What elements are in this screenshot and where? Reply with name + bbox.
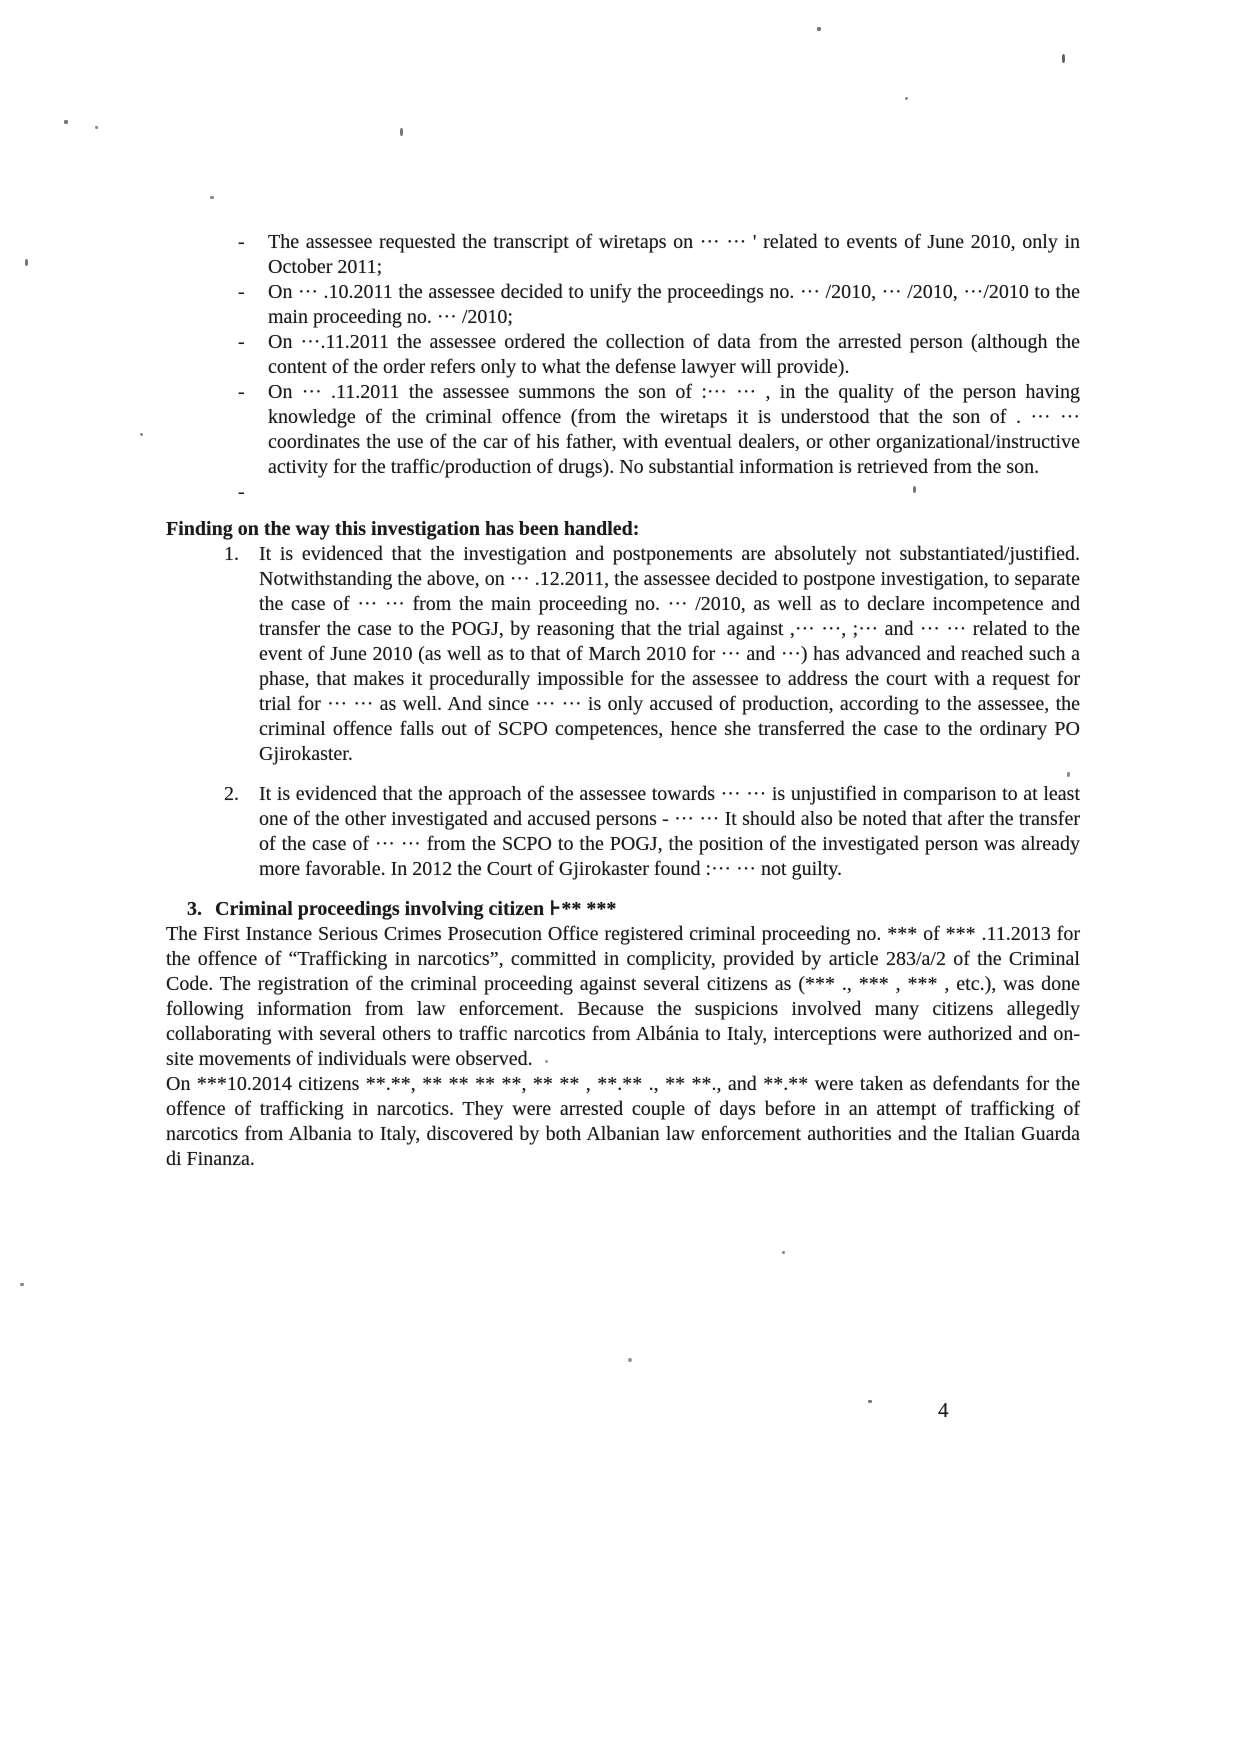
bullet-dash: -	[238, 330, 268, 380]
bullet-dash: -	[238, 380, 268, 480]
bullet-text: On ··· .11.2011 the assessee summons the…	[268, 380, 1080, 480]
scan-speck	[1062, 54, 1065, 63]
scan-speck	[25, 259, 28, 266]
list-item: 2. It is evidenced that the approach of …	[224, 782, 1080, 882]
scan-speck	[1067, 772, 1070, 777]
scan-speck	[210, 196, 214, 199]
bullet-text: On ··· .10.2011 the assessee decided to …	[268, 280, 1080, 330]
bullet-text: On ···.11.2011 the assessee ordered the …	[268, 330, 1080, 380]
list-item: 1. It is evidenced that the investigatio…	[224, 542, 1080, 767]
scan-speck	[400, 128, 403, 136]
finding-heading: Finding on the way this investigation ha…	[166, 517, 1080, 542]
item-number: 2.	[224, 782, 259, 882]
bullet-dash: -	[238, 480, 268, 505]
page-number: 4	[938, 1398, 949, 1423]
section3-heading: 3. Criminal proceedings involving citize…	[187, 897, 1080, 922]
scan-speck	[95, 126, 98, 129]
scan-speck	[628, 1358, 632, 1362]
document-page: - The assessee requested the transcript …	[0, 0, 1237, 1747]
page-content: - The assessee requested the transcript …	[166, 230, 1080, 1172]
item-text: It is evidenced that the approach of the…	[259, 782, 1080, 882]
scan-speck	[625, 729, 628, 732]
scan-speck	[20, 1283, 24, 1286]
section3-title: Criminal proceedings involving citizen ⊦…	[215, 897, 616, 922]
section3-paragraph-1: The First Instance Serious Crimes Prosec…	[166, 922, 1080, 1072]
bullet-list: - The assessee requested the transcript …	[166, 230, 1080, 505]
bullet-dash: -	[238, 280, 268, 330]
section3-paragraph-2: On ***10.2014 citizens **.**, ** ** ** *…	[166, 1072, 1080, 1172]
scan-speck	[782, 1251, 785, 1254]
list-item: - On ··· .11.2011 the assessee summons t…	[238, 380, 1080, 480]
scan-speck	[817, 27, 821, 31]
finding-list: 1. It is evidenced that the investigatio…	[166, 542, 1080, 882]
scan-speck	[64, 120, 68, 124]
list-item: - The assessee requested the transcript …	[238, 230, 1080, 280]
list-item: -	[238, 480, 1080, 505]
scan-speck	[913, 486, 916, 493]
scan-speck	[868, 1400, 872, 1403]
bullet-dash: -	[238, 230, 268, 280]
section3-number: 3.	[187, 897, 215, 922]
item-text: It is evidenced that the investigation a…	[259, 542, 1080, 767]
list-item: - On ···.11.2011 the assessee ordered th…	[238, 330, 1080, 380]
list-item: - On ··· .10.2011 the assessee decided t…	[238, 280, 1080, 330]
item-number: 1.	[224, 542, 259, 767]
scan-speck	[140, 433, 143, 436]
scan-speck	[545, 1060, 548, 1063]
scan-speck	[905, 97, 908, 100]
bullet-text	[268, 480, 1080, 505]
bullet-text: The assessee requested the transcript of…	[268, 230, 1080, 280]
